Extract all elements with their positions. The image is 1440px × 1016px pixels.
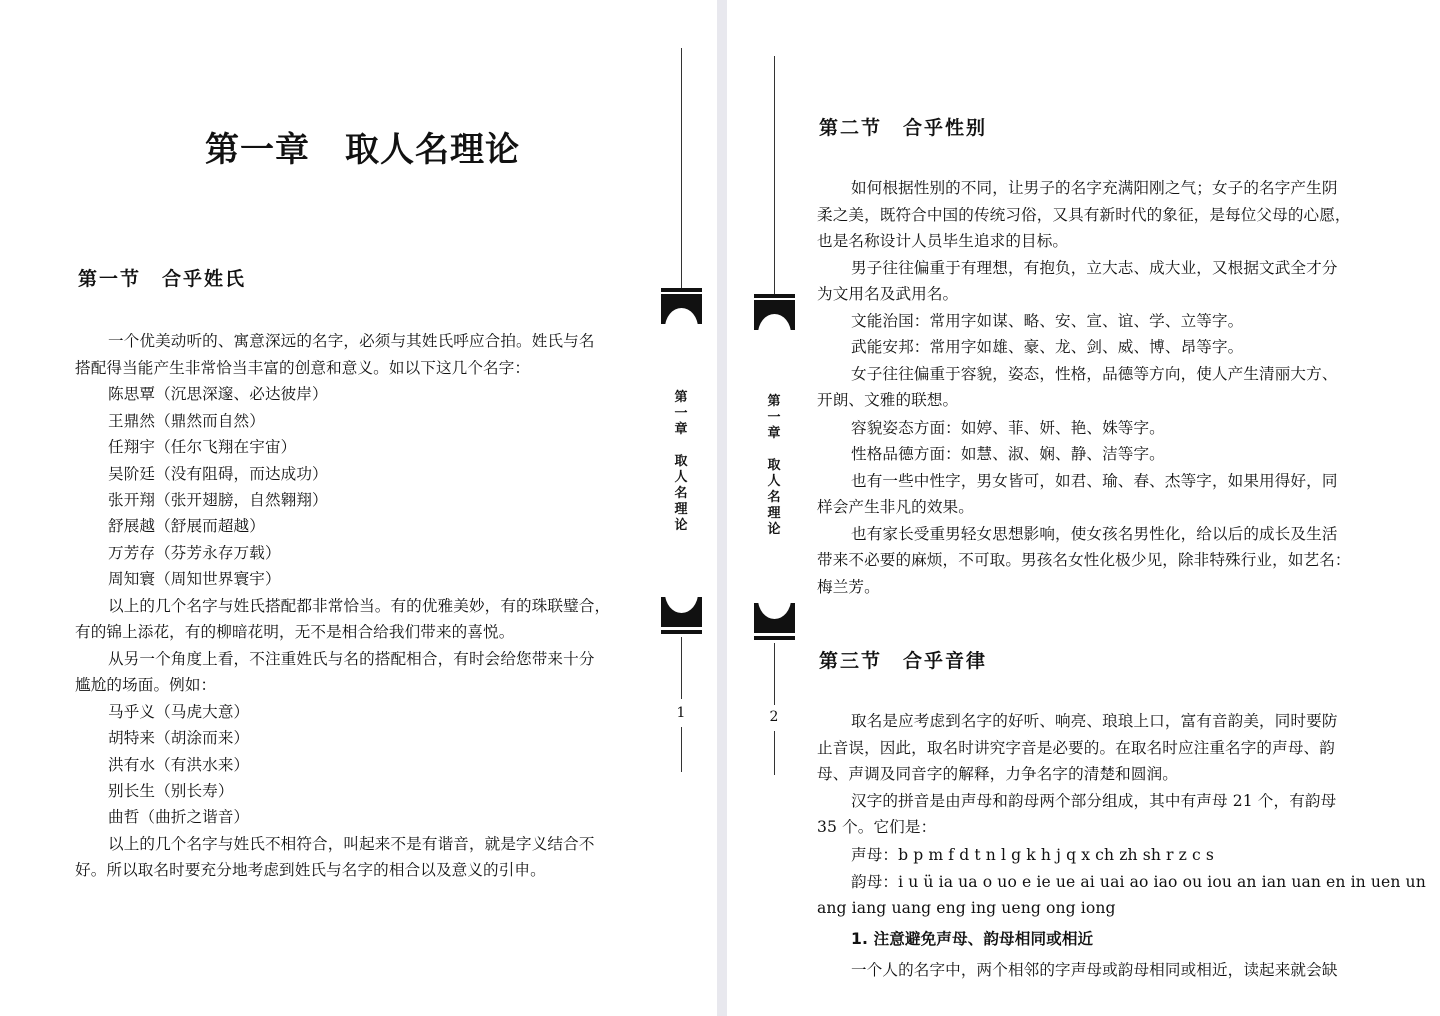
paragraph-line: 以上的几个名字与姓氏不相符合，叫起来不是有谐音，就是字义结合不 (108, 834, 595, 854)
paragraph-line: 梅兰芳。 (817, 577, 880, 597)
finals-list-cont: ang iang uang eng ing ueng ong iong (817, 898, 1116, 918)
section-title-1: 第一节 合乎姓氏 (78, 264, 246, 291)
paragraph-line: 带来不必要的麻烦，不可取。男孩名女性化极少见，除非特殊行业，如艺名： (817, 550, 1351, 570)
margin-rule-top (681, 48, 682, 288)
paragraph-line: 样会产生非凡的效果。 (817, 497, 974, 517)
name-example: 别长生（别长寿） (108, 781, 234, 801)
paragraph-line: 容貌姿态方面：如婷、菲、妍、艳、姝等字。 (851, 418, 1165, 438)
initials-list: 声母：b p m f d t n l g k h j q x ch zh sh … (851, 845, 1214, 865)
paragraph-line: 武能安邦：常用字如雄、豪、龙、剑、威、博、昂等字。 (851, 337, 1243, 357)
page-number: 2 (764, 709, 784, 725)
finals-list: 韵母：i u ü ia ua o uo e ie ue ai uai ao ia… (851, 872, 1426, 892)
paragraph-line: 取名是应考虑到名字的好听、响亮、琅琅上口，富有音韵美，同时要防 (851, 711, 1338, 731)
margin-rule-end (681, 727, 682, 772)
paragraph-line: 有的锦上添花，有的柳暗花明，无不是相合给我们带来的喜悦。 (75, 622, 514, 642)
paragraph-line: 也是名称设计人员毕生追求的目标。 (817, 231, 1068, 251)
name-example: 万芳存（芬芳永存万载） (108, 543, 281, 563)
name-example: 任翔宇（任尔飞翔在宇宙） (108, 437, 296, 457)
chapter-ornament-top (661, 288, 702, 328)
margin-rule-top (774, 56, 775, 294)
section-title-3: 第三节 合乎音律 (819, 646, 987, 673)
paragraph-line: 止音误，因此，取名时讲究字音是必要的。在取名时应注重名字的声母、韵 (817, 738, 1335, 758)
margin-chapter-label: 第 一 章 取 人 名 理 论 (671, 390, 691, 534)
paragraph-line: 一个优美动听的、寓意深远的名字，必须与其姓氏呼应合拍。姓氏与名 (108, 331, 595, 351)
name-example: 王鼎然（鼎然而自然） (108, 411, 265, 431)
name-example: 陈思覃（沉思深邃、必达彼岸） (108, 384, 328, 404)
name-example: 洪有水（有洪水来） (108, 755, 249, 775)
name-example: 吴阶廷（没有阻碍，而达成功） (108, 464, 328, 484)
paragraph-line: 如何根据性别的不同，让男子的名字充满阳刚之气；女子的名字产生阴 (851, 178, 1338, 198)
name-example: 曲哲（曲折之谐音） (108, 807, 249, 827)
chapter-ornament-bottom (661, 597, 702, 637)
margin-rule-end (774, 731, 775, 775)
name-example: 舒展越（舒展而超越） (108, 516, 265, 536)
paragraph-line: 搭配得当能产生非常恰当丰富的创意和意义。如以下这几个名字： (75, 358, 530, 378)
name-example: 马乎义（马虎大意） (108, 702, 249, 722)
paragraph-line: 为文用名及武用名。 (817, 284, 958, 304)
paragraph-line: 汉字的拼音是由声母和韵母两个部分组成，其中有声母 21 个，有韵母 (851, 791, 1336, 811)
name-example: 周知寰（周知世界寰宇） (108, 569, 281, 589)
paragraph-line: 35 个。它们是： (817, 817, 936, 837)
paragraph-line: 开朗、文雅的联想。 (817, 390, 958, 410)
paragraph-line: 好。所以取名时要充分地考虑到姓氏与名字的相合以及意义的引申。 (75, 860, 546, 880)
paragraph-line: 尴尬的场面。例如： (75, 675, 216, 695)
margin-rule-bottom (681, 637, 682, 699)
page-gutter (717, 0, 727, 1016)
page-right: 第 一 章 取 人 名 理 论 2 第二节 合乎性别 如何根据性别的不同，让男子… (727, 0, 1440, 1016)
page-left: 第一章 取人名理论 第一节 合乎姓氏 一个优美动听的、寓意深远的名字，必须与其姓… (0, 0, 717, 1016)
paragraph-line: 男子往往偏重于有理想，有抱负，立大志、成大业，又根据文武全才分 (851, 258, 1338, 278)
subheading: 1. 注意避免声母、韵母相同或相近 (851, 929, 1093, 949)
chapter-ornament-bottom (754, 603, 795, 643)
paragraph-line: 以上的几个名字与姓氏搭配都非常恰当。有的优雅美妙，有的珠联璧合， (108, 596, 610, 616)
paragraph-line: 母、声调及同音字的解释，力争名字的清楚和圆润。 (817, 764, 1178, 784)
page-number: 1 (671, 705, 691, 721)
paragraph-line: 也有家长受重男轻女思想影响，使女孩名男性化，给以后的成长及生活 (851, 524, 1338, 544)
paragraph-line: 一个人的名字中，两个相邻的字声母或韵母相同或相近，读起来就会缺 (851, 960, 1338, 980)
paragraph-line: 文能治国：常用字如谋、略、安、宣、谊、学、立等字。 (851, 311, 1243, 331)
name-example: 张开翔（张开翅膀，自然翱翔） (108, 490, 328, 510)
margin-chapter-label: 第 一 章 取 人 名 理 论 (764, 394, 784, 538)
paragraph-line: 从另一个角度上看，不注重姓氏与名的搭配相合，有时会给您带来十分 (108, 649, 595, 669)
paragraph-line: 女子往往偏重于容貌，姿态，性格，品德等方向，使人产生清丽大方、 (851, 364, 1338, 384)
paragraph-line: 柔之美，既符合中国的传统习俗，又具有新时代的象征，是每位父母的心愿， (817, 205, 1351, 225)
name-example: 胡特来（胡涂而来） (108, 728, 249, 748)
section-title-2: 第二节 合乎性别 (819, 113, 987, 140)
paragraph-line: 性格品德方面：如慧、淑、娴、静、洁等字。 (851, 444, 1165, 464)
chapter-ornament-top (754, 294, 795, 334)
margin-rule-bottom (774, 643, 775, 705)
chapter-title: 第一章 取人名理论 (205, 122, 520, 171)
paragraph-line: 也有一些中性字，男女皆可，如君、瑜、春、杰等字，如果用得好，同 (851, 471, 1338, 491)
